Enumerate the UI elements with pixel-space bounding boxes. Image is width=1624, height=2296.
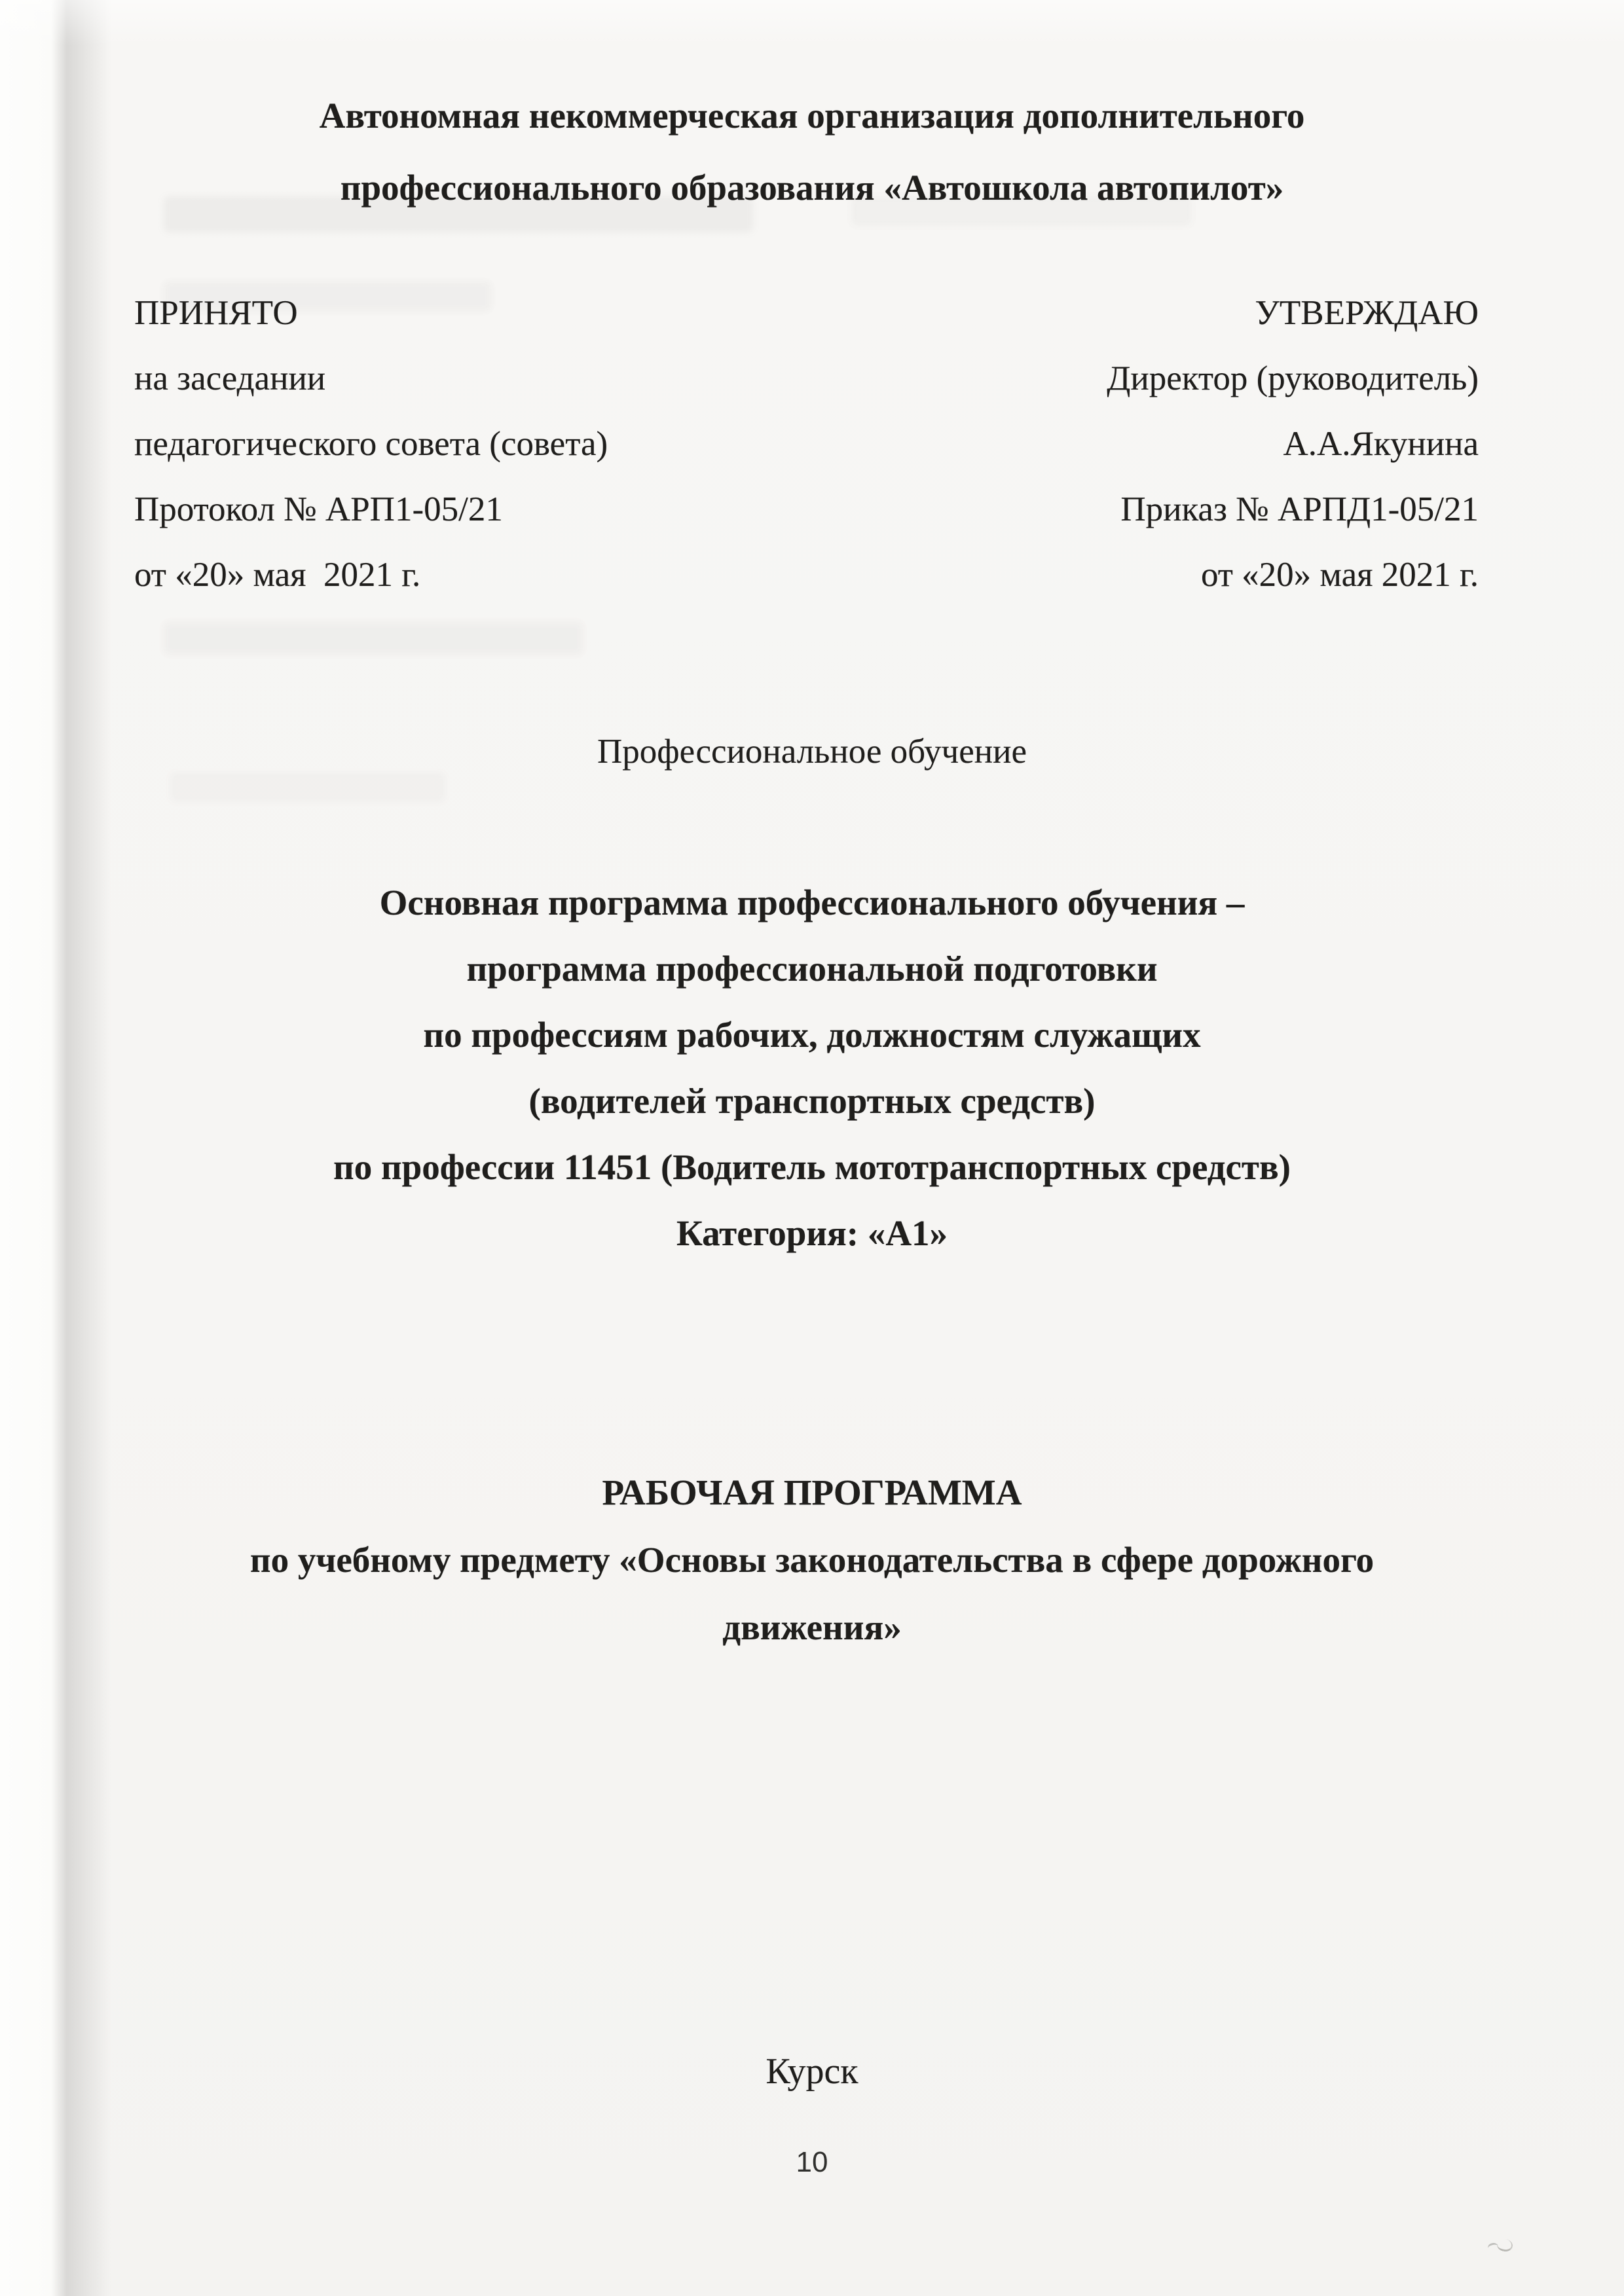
accepted-meeting-line: на заседании xyxy=(134,346,608,411)
work-program-title-block: РАБОЧАЯ ПРОГРАММА по учебному предмету «… xyxy=(0,1459,1624,1661)
work-program-subject-line-1: по учебному предмету «Основы законодател… xyxy=(0,1526,1624,1594)
approval-block: ПРИНЯТО на заседании педагогического сов… xyxy=(134,280,1479,608)
order-number: Приказ № АРПД1-05/21 xyxy=(1107,477,1479,542)
scanned-document-page: Автономная некоммерческая организация до… xyxy=(0,0,1624,2296)
accepted-council-line: педагогического совета (совета) xyxy=(134,411,608,477)
program-title-line-4: (водителей транспортных средств) xyxy=(0,1068,1624,1134)
protocol-date: от «20» мая 2021 г. xyxy=(134,542,608,608)
document-subtitle: Профессиональное обучение xyxy=(0,732,1624,771)
approved-label: УТВЕРЖДАЮ xyxy=(1107,280,1479,346)
program-title-line-5: по профессии 11451 (Водитель мототранспо… xyxy=(0,1134,1624,1200)
organization-name-line-1: Автономная некоммерческая организация до… xyxy=(0,80,1624,152)
program-title-line-2: программа профессиональной подготовки xyxy=(0,936,1624,1002)
bleed-through-artifact xyxy=(164,622,583,655)
work-program-subject-line-2: движения» xyxy=(0,1594,1624,1661)
accepted-block: ПРИНЯТО на заседании педагогического сов… xyxy=(134,280,608,608)
program-title-line-3: по профессиям рабочих, должностям служащ… xyxy=(0,1002,1624,1068)
director-title: Директор (руководитель) xyxy=(1107,346,1479,411)
bleed-through-artifact xyxy=(170,773,445,802)
page-number: 10 xyxy=(0,2146,1624,2179)
organization-header: Автономная некоммерческая организация до… xyxy=(0,80,1624,224)
accepted-label: ПРИНЯТО xyxy=(134,280,608,346)
protocol-number: Протокол № АРП1-05/21 xyxy=(134,477,608,542)
order-date: от «20» мая 2021 г. xyxy=(1107,542,1479,608)
work-program-heading: РАБОЧАЯ ПРОГРАММА xyxy=(0,1459,1624,1526)
organization-name-line-2: профессионального образования «Автошкола… xyxy=(0,152,1624,224)
program-title-block: Основная программа профессионального обу… xyxy=(0,869,1624,1266)
approved-block: УТВЕРЖДАЮ Директор (руководитель) А.А.Як… xyxy=(1107,280,1479,608)
program-category-line: Категория: «А1» xyxy=(0,1200,1624,1266)
scan-top-fade xyxy=(0,0,1624,46)
scan-artifact xyxy=(1488,2238,1515,2252)
director-name: А.А.Якунина xyxy=(1107,411,1479,477)
city-label: Курск xyxy=(0,2050,1624,2092)
program-title-line-1: Основная программа профессионального обу… xyxy=(0,869,1624,936)
